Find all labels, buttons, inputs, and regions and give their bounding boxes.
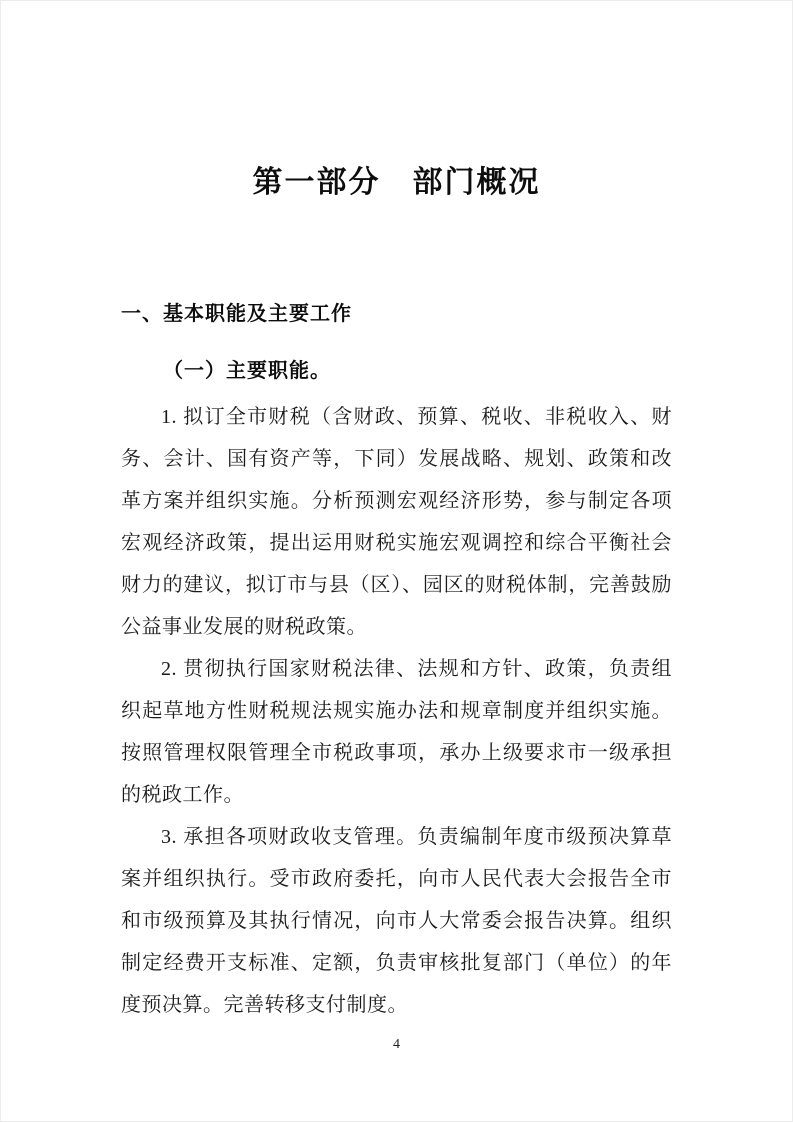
body-paragraph: 3. 承担各项财政收支管理。负责编制年度市级预决算草案并组织执行。受市政府委托，…	[121, 816, 672, 1026]
document-title: 第一部分 部门概况	[121, 161, 672, 205]
body-paragraph: 2. 贯彻执行国家财税法律、法规和方针、政策，负责组织起草地方性财税规法规实施办…	[121, 648, 672, 816]
section-heading-basic-functions: 一、基本职能及主要工作	[121, 299, 672, 329]
subsection-heading-main-functions: （一）主要职能。	[121, 356, 672, 386]
body-paragraph: 1. 拟订全市财税（含财政、预算、税收、非税收入、财务、会计、国有资产等，下同）…	[121, 396, 672, 648]
document-body: 1. 拟订全市财税（含财政、预算、税收、非税收入、财务、会计、国有资产等，下同）…	[121, 396, 672, 1026]
document-page: 第一部分 部门概况 一、基本职能及主要工作 （一）主要职能。 1. 拟订全市财税…	[0, 0, 793, 1122]
page-number: 4	[1, 1037, 792, 1053]
